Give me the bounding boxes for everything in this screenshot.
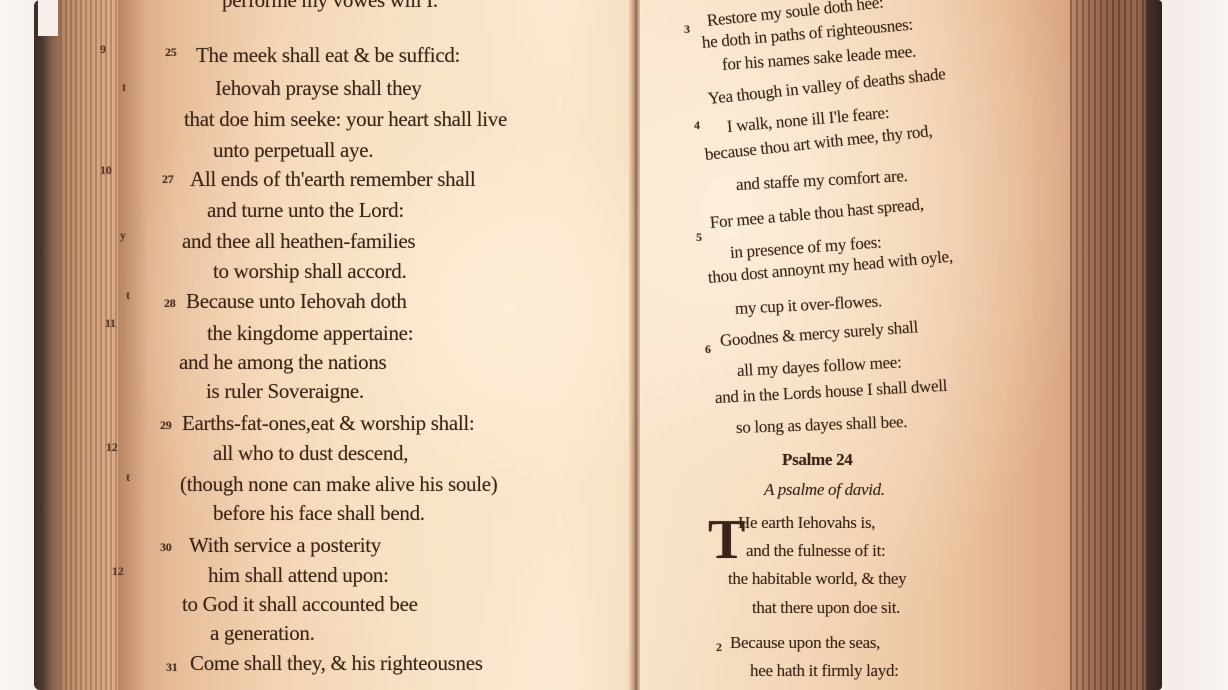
verse-line: my cup it over-flowes. xyxy=(734,288,882,322)
verse-line: that there upon doe sit. xyxy=(752,595,900,621)
verse-number: 6 xyxy=(705,342,711,357)
verse-number: 3 xyxy=(684,22,690,37)
verse-number: 5 xyxy=(696,230,702,245)
verse-line: hee hath it firmly layd: xyxy=(750,658,899,684)
verse-line: He earth Iehovahs is, xyxy=(738,510,875,536)
psalm-heading: Psalme 24 xyxy=(782,447,852,473)
verse-line: so long as dayes shall bee. xyxy=(736,409,908,441)
verse-line: and staffe my comfort are. xyxy=(735,163,908,198)
verse-line: For mee a table thou hast spread, xyxy=(709,191,925,236)
right-page-text: 3 Restore my soule doth hee: he doth in … xyxy=(0,0,1228,690)
verse-number: 2 xyxy=(716,640,722,655)
verse-line: Because upon the seas, xyxy=(730,630,880,656)
verse-line: and the fulnesse of it: xyxy=(746,538,885,564)
psalm-subtitle: A psalme of david. xyxy=(764,477,885,503)
verse-number: 4 xyxy=(694,118,700,133)
verse-line: the habitable world, & they xyxy=(728,566,906,592)
